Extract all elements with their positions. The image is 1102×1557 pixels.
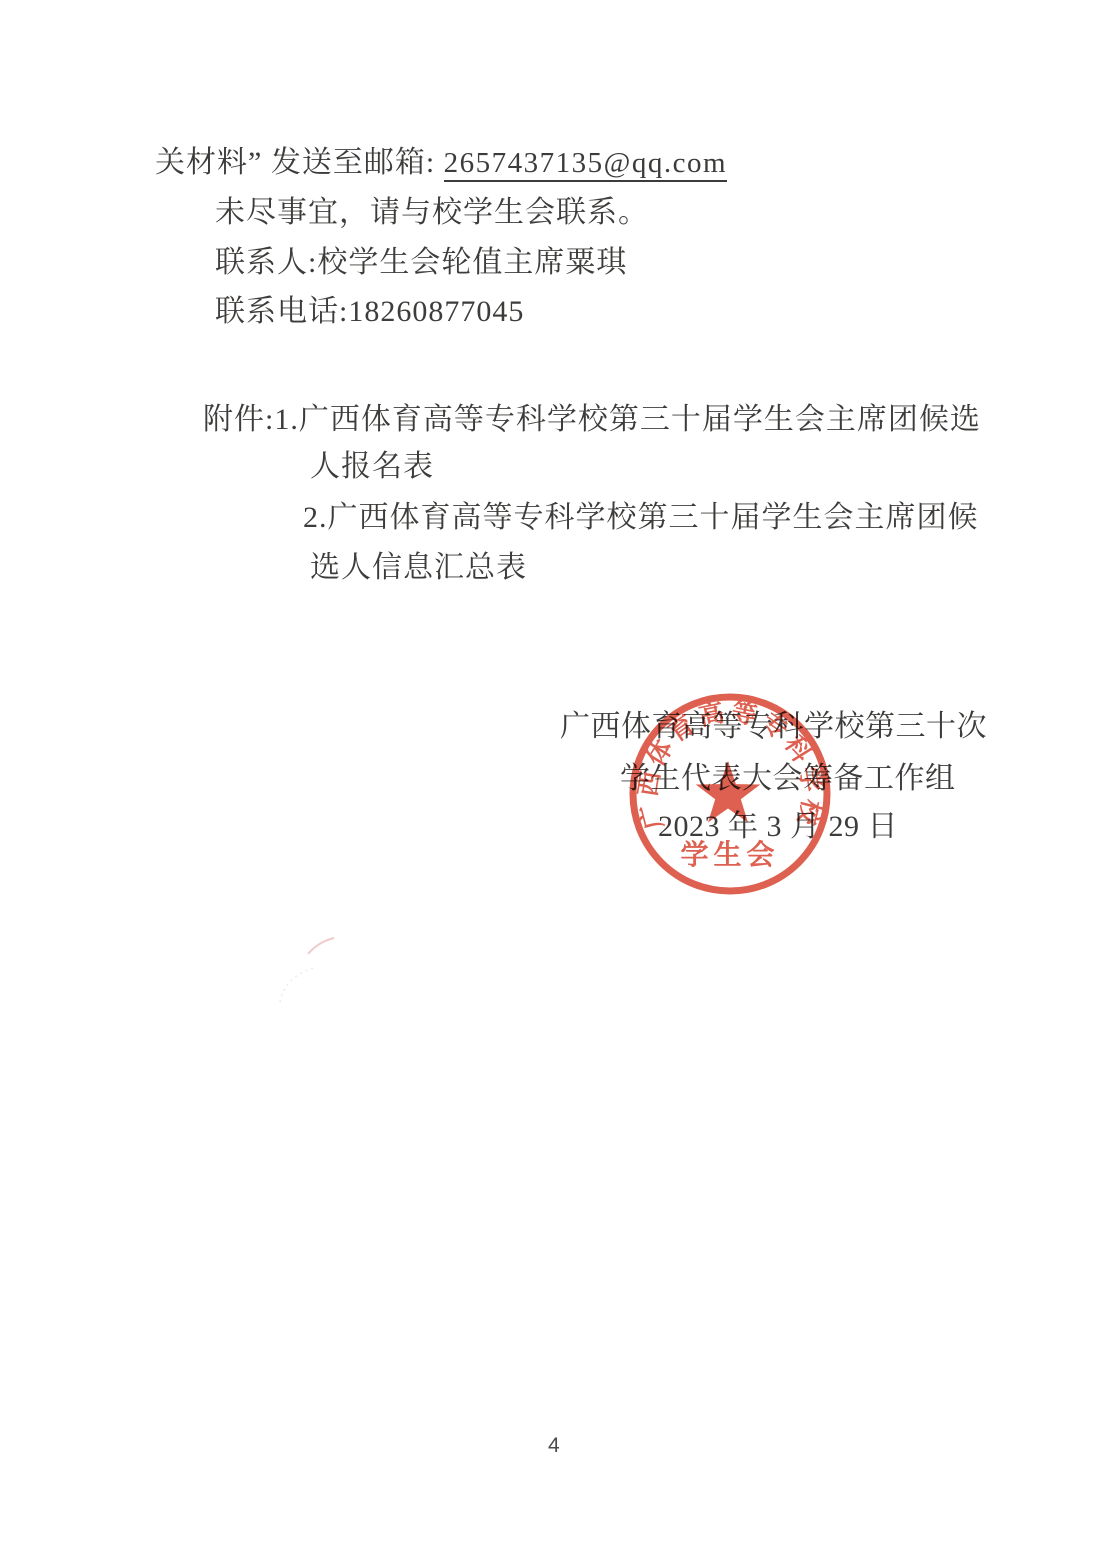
attachment-2-line-2: 选人信息汇总表 [310,546,527,590]
attachment-1-line-2: 人报名表 [310,445,434,489]
contact-person-line: 联系人:校学生会轮值主席粟琪 [215,241,627,285]
star-icon [696,761,761,823]
document-page: 关材料” 发送至邮箱: 2657437135@qq.com 未尽事宜，请与校学生… [0,0,1102,1557]
email-line-prefix: 关材料” 发送至邮箱: [155,146,444,179]
email-address: 2657437135@qq.com [444,147,727,182]
email-line: 关材料” 发送至邮箱: 2657437135@qq.com [155,141,727,185]
page-number: 4 [548,1434,560,1458]
contact-phone-line: 联系电话:18260877045 [215,290,524,334]
seal-bottom-text: 学生会 [680,839,779,871]
further-notice-line: 未尽事宜，请与校学生会联系。 [215,191,649,235]
attachment-2-line-1: 2.广西体育高等专科学校第三十届学生会主席团候 [303,496,979,540]
ink-smudge [260,910,380,1030]
attachment-1-line-1: 附件:1.广西体育高等专科学校第三十届学生会主席团候选 [203,398,981,442]
seal-arc-text: 广西体育高等专科学校 [634,697,827,832]
official-seal-stamp: 广西体育高等专科学校 学生会 [625,689,835,899]
